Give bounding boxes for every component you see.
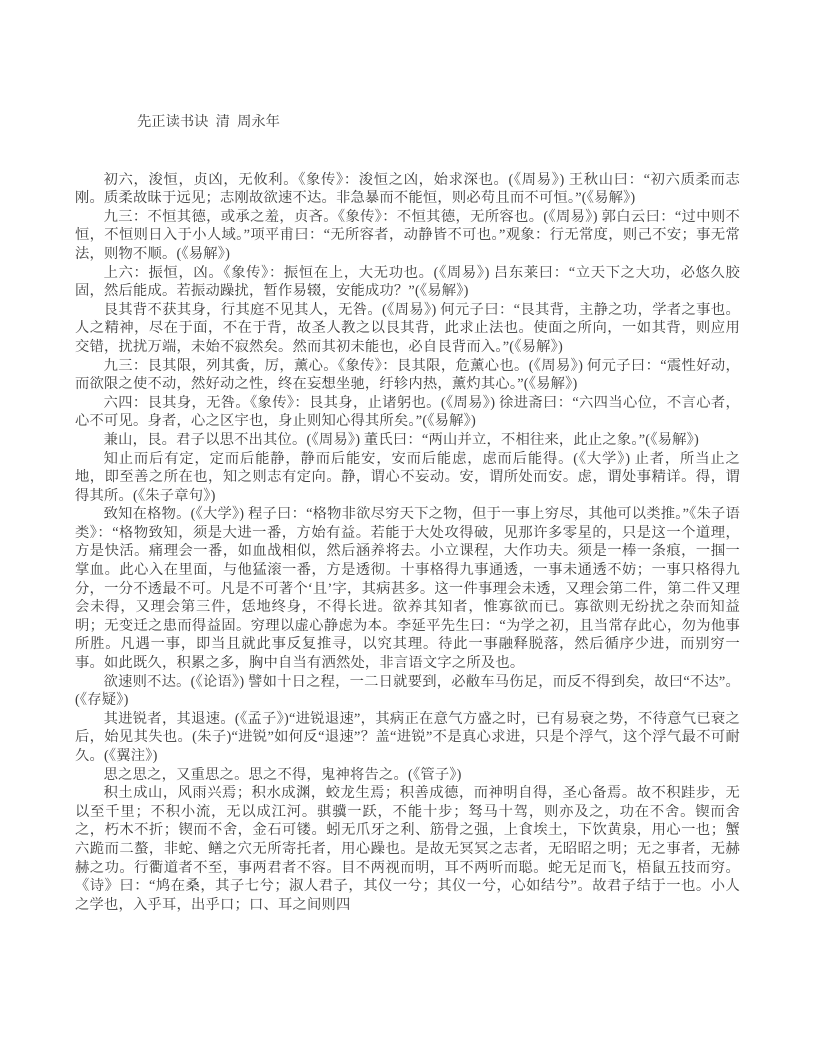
document-title: 先正读书诀 清 周永年 — [75, 113, 740, 132]
paragraph-11: 其进锐者，其退速。(《孟子》)“进锐退速”，其病正在意气方盛之时，已有易衰之势，… — [75, 710, 740, 766]
paragraph-7: 兼山，艮。君子以思不出其位。(《周易》) 董氏曰：“两山并立，不相往来，此止之象… — [75, 431, 740, 450]
paragraph-8: 知止而后有定，定而后能静，静而后能安，安而后能虑，虑而后能得。(《大学》) 止者… — [75, 450, 740, 506]
paragraph-10: 欲速则不达。(《论语》) 譬如十日之程，一二日就要到，必敝车马伤足，而反不得到矣… — [75, 673, 740, 710]
document-page: 先正读书诀 清 周永年 初六，浚恒，贞凶，无攸利。《象传》：浚恒之凶，始求深也。… — [0, 0, 816, 1056]
paragraph-12: 思之思之，又重思之。思之不得，鬼神将告之。(《管子》) — [75, 766, 740, 785]
paragraph-6: 六四：艮其身，无咎。《象传》：艮其身，止诸躬也。(《周易》) 徐进斋曰：“六四当… — [75, 394, 740, 431]
paragraph-5: 九三：艮其限，列其夤，厉，薰心。《象传》：艮其限，危薰心也。(《周易》) 何元子… — [75, 357, 740, 394]
paragraph-3: 上六：振恒，凶。《象传》：振恒在上，大无功也。(《周易》) 吕东莱曰：“立天下之… — [75, 264, 740, 301]
paragraph-2: 九三：不恒其德，或承之羞，贞吝。《象传》：不恒其德，无所容也。(《周易》) 郭白… — [75, 208, 740, 264]
paragraph-1: 初六，浚恒，贞凶，无攸利。《象传》：浚恒之凶，始求深也。(《周易》) 王秋山曰：… — [75, 171, 740, 208]
paragraph-13: 积土成山，风雨兴焉；积水成渊，蛟龙生焉；积善成德，而神明自得，圣心备焉。故不积跬… — [75, 784, 740, 914]
paragraph-9: 致知在格物。(《大学》) 程子曰：“格物非欲尽穷天下之物，但于一事上穷尽，其他可… — [75, 505, 740, 672]
document-body: 初六，浚恒，贞凶，无攸利。《象传》：浚恒之凶，始求深也。(《周易》) 王秋山曰：… — [75, 171, 740, 915]
paragraph-4: 艮其背不获其身，行其庭不见其人，无咎。(《周易》) 何元子曰：“艮其背，主静之功… — [75, 301, 740, 357]
